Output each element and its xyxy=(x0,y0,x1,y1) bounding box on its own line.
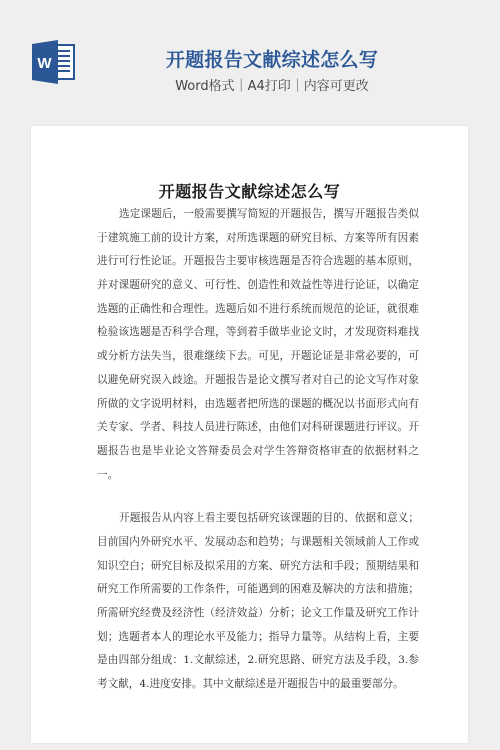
word-document-icon: W xyxy=(31,40,77,84)
text-line: 进行可行性论证。开题报告主要审核选题是否符合选题的基本原则， xyxy=(97,250,419,274)
paragraph-2: 开题报告从内容上看主要包括研究该课题的目的、依据和意义； 目前国内外研究水平、发… xyxy=(97,507,419,697)
text-line: 或分析方法失当，很难继续下去。可见，开题论证是非常必要的，可 xyxy=(97,345,419,369)
header-banner: W 开题报告文献综述怎么写 Word格式｜A4打印｜内容可更改 xyxy=(0,0,500,120)
document-page-preview: 开题报告文献综述怎么写 选定课题后，一般需要撰写简短的开题报告，撰写开题报告类似… xyxy=(31,126,468,743)
text-line: 检验该选题是否科学合理，等到着手做毕业论文时，才发现资料难找 xyxy=(97,321,419,345)
text-line: 考文献，4.进度安排。其中文献综述是开题报告中的最重要部分。 xyxy=(97,673,419,697)
text-line: 研究工作所需要的工作条件，可能遇到的困难及解决的方法和措施； xyxy=(97,578,419,602)
text-line: 并对课题研究的意义、可行性、创造性和效益性等进行论证，以确定 xyxy=(97,274,419,298)
text-line: 选定课题后，一般需要撰写简短的开题报告，撰写开题报告类似 xyxy=(97,203,419,227)
text-line: 知识空白；研究目标及拟采用的方案、研究方法和手段；预期结果和 xyxy=(97,555,419,579)
text-line: 以避免研究误入歧途。开题报告是论文撰写者对自己的论文写作对象 xyxy=(97,369,419,393)
text-line: 于建筑施工前的设计方案，对所选课题的研究目标、方案等所有因素 xyxy=(97,227,419,251)
text-line: 所需研究经费及经济性（经济效益）分析；论文工作量及研究工作计 xyxy=(97,602,419,626)
header-subtitle: Word格式｜A4打印｜内容可更改 xyxy=(150,75,394,94)
text-line: 选题的正确性和合理性。选题后如不进行系统而规范的论证，就很难 xyxy=(97,298,419,322)
text-line: 题报告也是毕业论文答辩委员会对学生答辩资格审查的依据材料之 xyxy=(97,440,419,464)
document-body: 选定课题后，一般需要撰写简短的开题报告，撰写开题报告类似 于建筑施工前的设计方案… xyxy=(97,203,419,697)
text-line: 是由四部分组成：1.文献综述，2.研究思路、研究方法及手段，3.参 xyxy=(97,649,419,673)
text-line: 所做的文字说明材料，由选题者把所选的课题的概况以书面形式向有 xyxy=(97,393,419,417)
text-line: 一。 xyxy=(97,464,419,488)
text-line: 划；选题者本人的理论水平及能力；指导力量等。从结构上看，主要 xyxy=(97,626,419,650)
header-title: 开题报告文献综述怎么写 xyxy=(150,45,394,72)
text-line: 开题报告从内容上看主要包括研究该课题的目的、依据和意义； xyxy=(97,507,419,531)
text-line: 关专家、学者、科技人员进行陈述，由他们对科研课题进行评议。开 xyxy=(97,416,419,440)
text-line: 目前国内外研究水平、发展动态和趋势；与课题相关领域前人工作或 xyxy=(97,531,419,555)
document-title: 开题报告文献综述怎么写 xyxy=(31,179,468,202)
paragraph-1: 选定课题后，一般需要撰写简短的开题报告，撰写开题报告类似 于建筑施工前的设计方案… xyxy=(97,203,419,487)
svg-text:W: W xyxy=(37,55,52,72)
